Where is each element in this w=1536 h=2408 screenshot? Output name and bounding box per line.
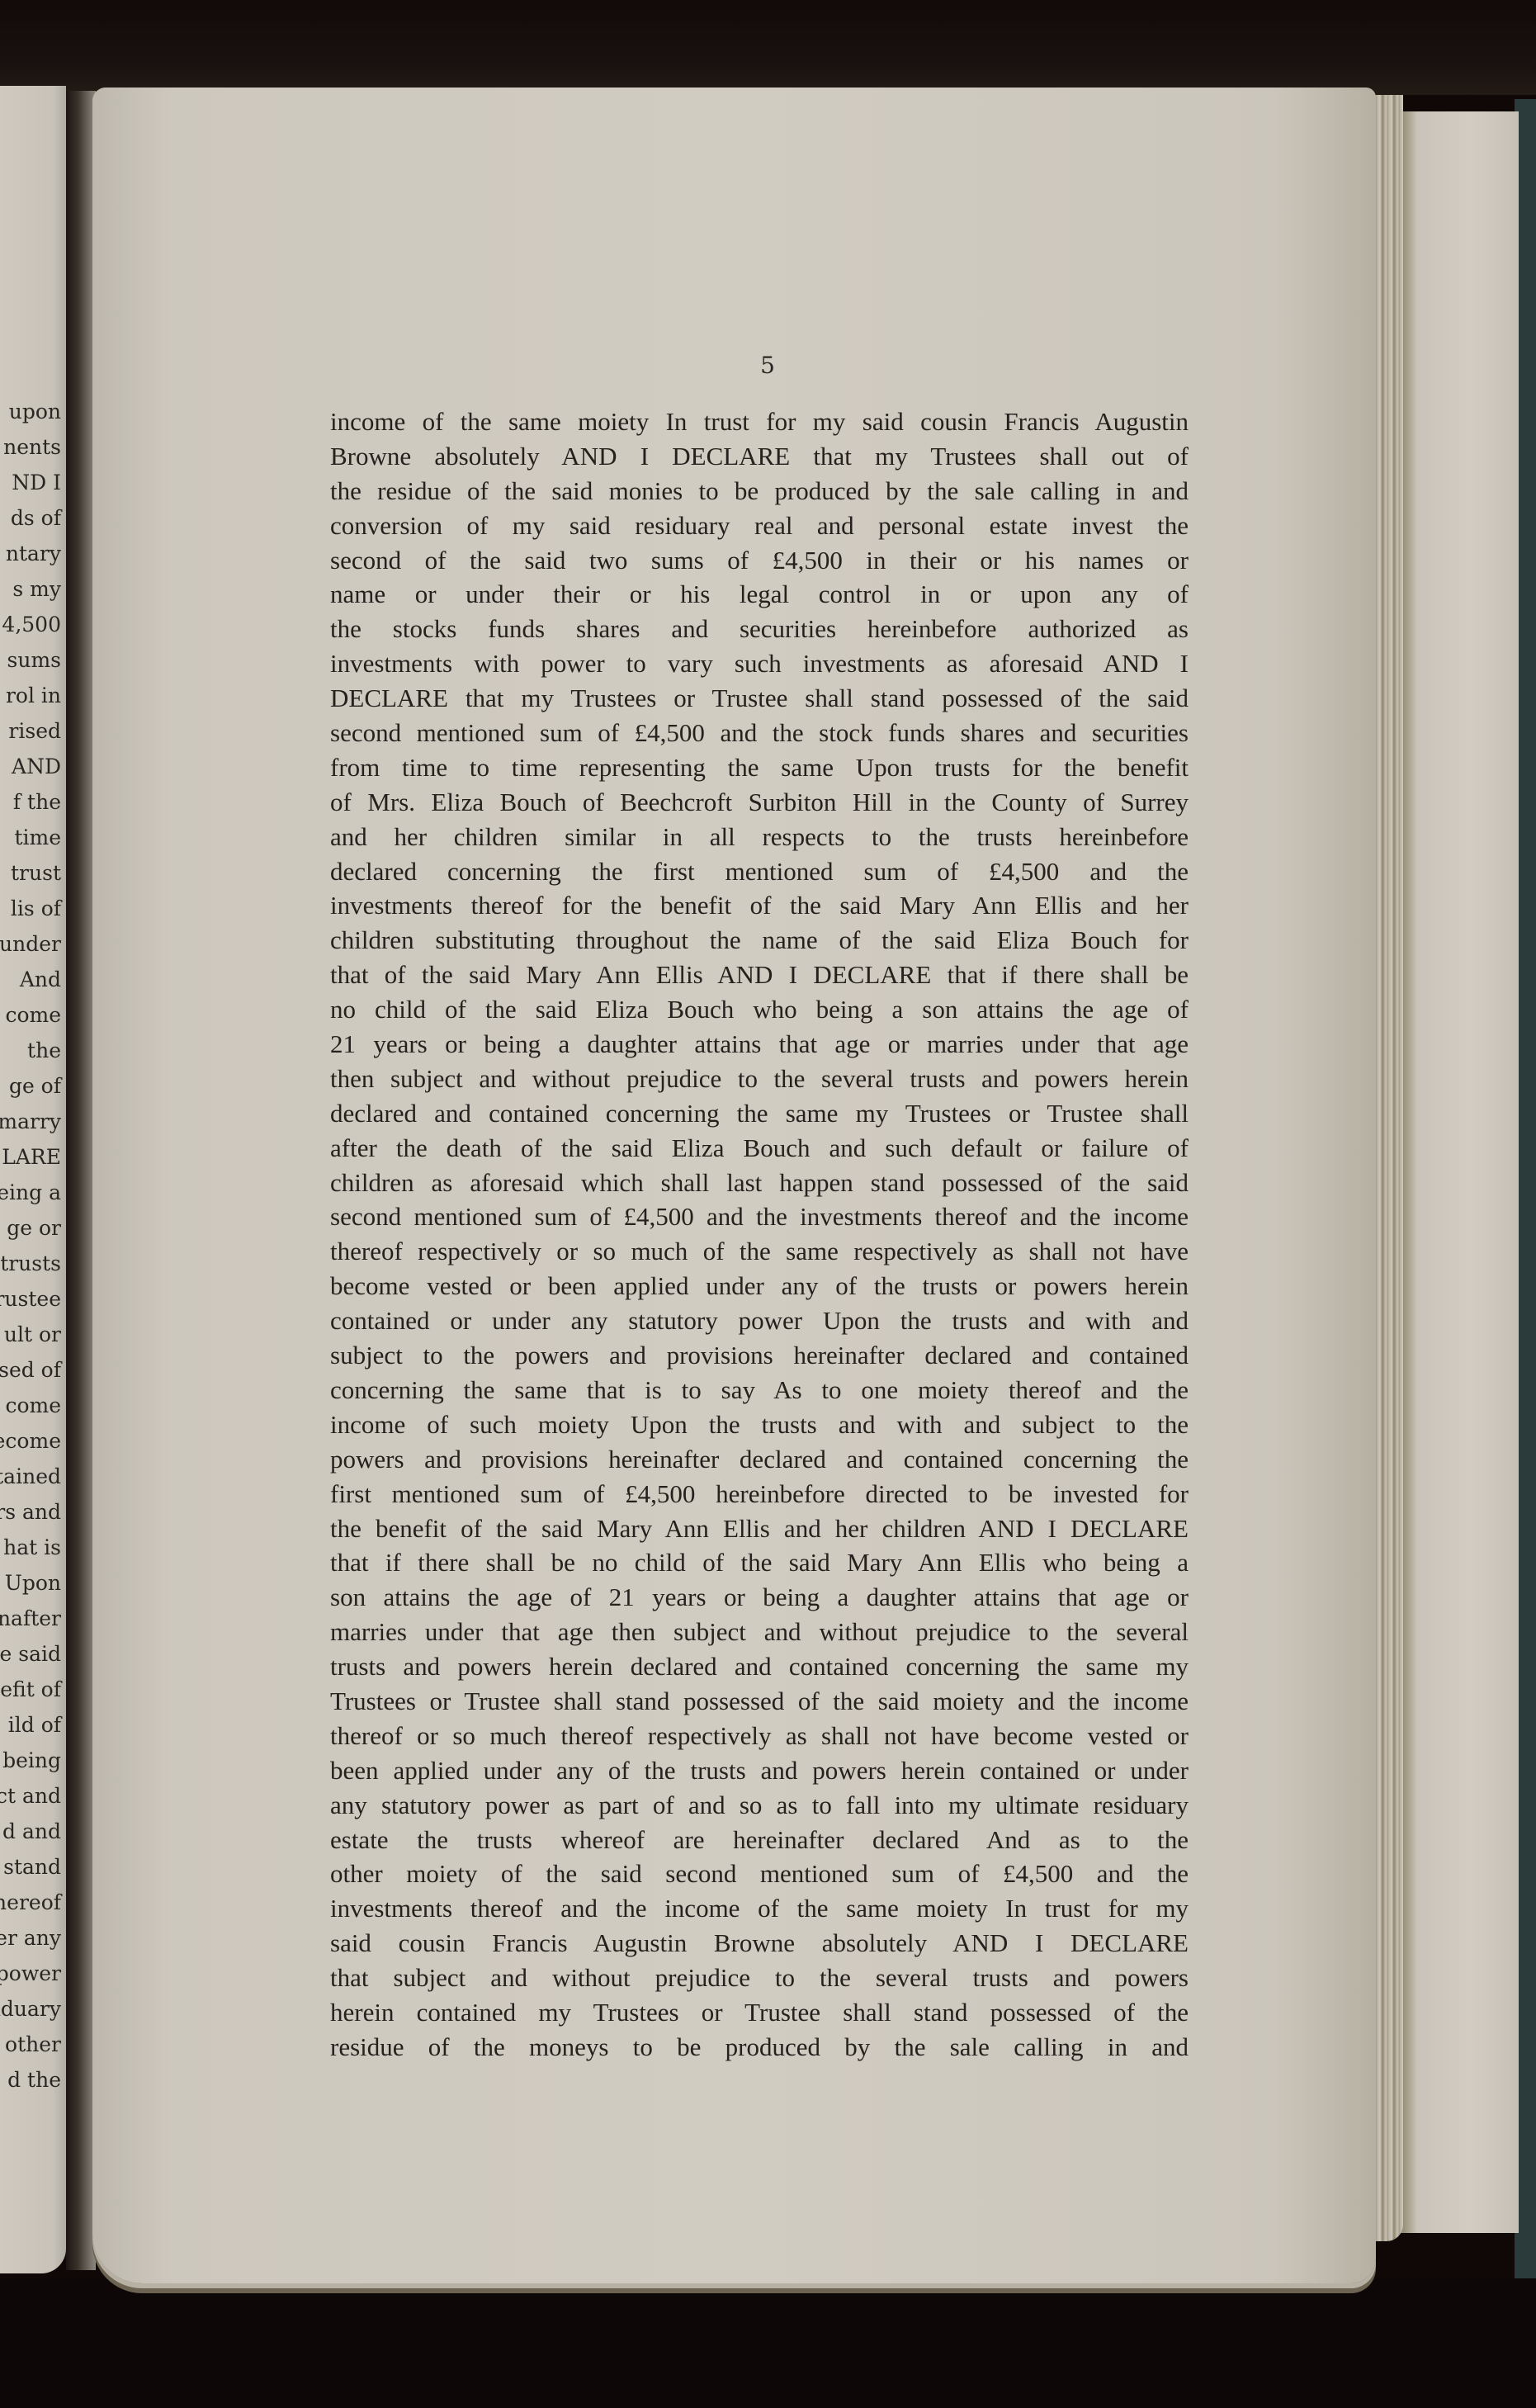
text-line-content: thereof or so much thereof respectively … bbox=[330, 1719, 1189, 1753]
text-line: concerning the same that is to say As to… bbox=[330, 1373, 1189, 1407]
text-line-content: name or under their or his legal control… bbox=[330, 577, 1189, 612]
left-page-text-fragment: s my bbox=[0, 579, 61, 599]
left-page-text-fragment: Upon bbox=[0, 1573, 61, 1593]
text-line-content: DECLARE that my Trustees or Trustee shal… bbox=[330, 681, 1189, 716]
text-line-content: second mentioned sum of £4,500 and the i… bbox=[330, 1199, 1189, 1234]
text-line-content: Browne absolutely AND I DECLARE that my … bbox=[330, 439, 1189, 474]
left-page-text-fragment: sums bbox=[0, 650, 61, 670]
left-page-text-fragment: iduary bbox=[0, 1999, 61, 2019]
left-page-text-fragment: hat is bbox=[0, 1537, 61, 1558]
text-line-content: powers and provisions hereinafter declar… bbox=[330, 1442, 1189, 1477]
left-page-text-fragment: upon bbox=[0, 401, 61, 422]
text-line-content: trusts and powers herein declared and co… bbox=[330, 1649, 1189, 1684]
text-line-content: residue of the moneys to be produced by … bbox=[330, 2030, 1189, 2065]
left-page-text-fragment: other bbox=[0, 2034, 61, 2055]
text-line-content: the benefit of the said Mary Ann Ellis a… bbox=[330, 1512, 1189, 1546]
left-page-text-fragment: rs and bbox=[0, 1502, 61, 1522]
text-line-content: said cousin Francis Augustin Browne abso… bbox=[330, 1926, 1189, 1961]
text-line: name or under their or his legal control… bbox=[330, 577, 1189, 612]
text-line-content: estate the trusts whereof are hereinafte… bbox=[330, 1823, 1189, 1857]
text-line-content: declared concerning the first mentioned … bbox=[330, 854, 1189, 889]
text-line-content: Trustees or Trustee shall stand possesse… bbox=[330, 1684, 1189, 1719]
left-page-text-fragment: trust bbox=[0, 863, 61, 883]
left-page-text-fragment: ecome bbox=[0, 1431, 61, 1451]
text-line-content: son attains the age of 21 years or being… bbox=[330, 1580, 1189, 1615]
text-line: that subject and without prejudice to th… bbox=[330, 1961, 1189, 1995]
left-page-text-fragment: stand bbox=[0, 1857, 61, 1877]
left-page-text-fragment: d the bbox=[0, 2070, 61, 2090]
left-page-text-fragment: d and bbox=[0, 1821, 61, 1842]
left-page-text-fragment: ult or bbox=[0, 1324, 61, 1345]
text-line: first mentioned sum of £4,500 hereinbefo… bbox=[330, 1477, 1189, 1512]
text-line: income of such moiety Upon the trusts an… bbox=[330, 1407, 1189, 1442]
left-page-text-fragment: rustee bbox=[0, 1289, 61, 1309]
text-line: marries under that age then subject and … bbox=[330, 1615, 1189, 1649]
left-page-text-fragment: lis of bbox=[0, 898, 61, 919]
text-line-content: 21 years or being a daughter attains tha… bbox=[330, 1027, 1189, 1062]
text-line-content: thereof respectively or so much of the s… bbox=[330, 1234, 1189, 1269]
text-line-content: become vested or been applied under any … bbox=[330, 1269, 1189, 1303]
text-line: second of the said two sums of £4,500 in… bbox=[330, 543, 1189, 578]
text-line-content: after the death of the said Eliza Bouch … bbox=[330, 1131, 1189, 1166]
text-line: the benefit of the said Mary Ann Ellis a… bbox=[330, 1512, 1189, 1546]
left-page-text-fragment: being bbox=[0, 1750, 61, 1771]
text-line: children as aforesaid which shall last h… bbox=[330, 1166, 1189, 1200]
page-number: 5 bbox=[743, 352, 792, 379]
text-line: son attains the age of 21 years or being… bbox=[330, 1580, 1189, 1615]
text-line: other moiety of the said second mentione… bbox=[330, 1857, 1189, 1891]
left-page-text-fragment: the bbox=[0, 1040, 61, 1061]
left-page-fragment: uponnentsND Ids ofntarys my4,500sumsrol … bbox=[0, 86, 66, 2273]
text-line: that of the said Mary Ann Ellis AND I DE… bbox=[330, 958, 1189, 992]
left-page-text-fragment: ct and bbox=[0, 1786, 61, 1806]
left-page-text-fragment: tained bbox=[0, 1466, 61, 1487]
left-page-text-fragment: nents bbox=[0, 437, 61, 457]
left-page-text-fragment: marry bbox=[0, 1111, 61, 1132]
text-line-content: income of the same moiety In trust for m… bbox=[330, 404, 1189, 439]
left-page-text-fragment: ds of bbox=[0, 508, 61, 528]
text-line: that if there shall be no child of the s… bbox=[330, 1545, 1189, 1580]
text-line-content: and her children similar in all respects… bbox=[330, 820, 1189, 854]
dark-background-bottom bbox=[0, 2278, 1536, 2408]
left-page-text-fragment: ND I bbox=[0, 472, 61, 493]
left-page-text-fragment: ge of bbox=[0, 1076, 61, 1096]
left-page-text-fragment: rol in bbox=[0, 685, 61, 706]
text-line: investments thereof and the income of th… bbox=[330, 1891, 1189, 1926]
text-line-content: marries under that age then subject and … bbox=[330, 1615, 1189, 1649]
text-line: subject to the powers and provisions her… bbox=[330, 1338, 1189, 1373]
text-line-content: that of the said Mary Ann Ellis AND I DE… bbox=[330, 958, 1189, 992]
text-line: become vested or been applied under any … bbox=[330, 1269, 1189, 1303]
text-line: said cousin Francis Augustin Browne abso… bbox=[330, 1926, 1189, 1961]
left-page-text-fragment: AND bbox=[0, 756, 61, 777]
text-line-content: investments with power to vary such inve… bbox=[330, 646, 1189, 681]
text-line: thereof or so much thereof respectively … bbox=[330, 1719, 1189, 1753]
text-line-content: investments thereof and the income of th… bbox=[330, 1891, 1189, 1926]
text-line-content: concerning the same that is to say As to… bbox=[330, 1373, 1189, 1407]
text-line-content: the residue of the said monies to be pro… bbox=[330, 474, 1189, 509]
text-line: DECLARE that my Trustees or Trustee shal… bbox=[330, 681, 1189, 716]
text-line: the residue of the said monies to be pro… bbox=[330, 474, 1189, 509]
text-line-content: that if there shall be no child of the s… bbox=[330, 1545, 1189, 1580]
text-line-content: income of such moiety Upon the trusts an… bbox=[330, 1407, 1189, 1442]
text-line-content: declared and contained concerning the sa… bbox=[330, 1096, 1189, 1131]
text-line-content: from time to time representing the same … bbox=[330, 750, 1189, 785]
text-line-content: herein contained my Trustees or Trustee … bbox=[330, 1995, 1189, 2030]
text-line-content: investments thereof for the benefit of t… bbox=[330, 888, 1189, 923]
text-line: and her children similar in all respects… bbox=[330, 820, 1189, 854]
text-line: children substituting throughout the nam… bbox=[330, 923, 1189, 958]
left-page-text-fragment: er any bbox=[0, 1928, 61, 1948]
left-page-text-fragment: rised bbox=[0, 721, 61, 741]
text-line-content: second mentioned sum of £4,500 and the s… bbox=[330, 716, 1189, 750]
text-line-content: been applied under any of the trusts and… bbox=[330, 1753, 1189, 1788]
text-line: investments with power to vary such inve… bbox=[330, 646, 1189, 681]
dark-background-top bbox=[0, 0, 1536, 95]
left-page-text-fragment: trusts bbox=[0, 1253, 61, 1274]
left-page-text-fragment: nafter bbox=[0, 1608, 61, 1629]
left-page-text-fragment: power bbox=[0, 1963, 61, 1984]
text-line: the stocks funds shares and securities h… bbox=[330, 612, 1189, 646]
text-line: then subject and without prejudice to th… bbox=[330, 1062, 1189, 1096]
text-line: powers and provisions hereinafter declar… bbox=[330, 1442, 1189, 1477]
text-line: conversion of my said residuary real and… bbox=[330, 509, 1189, 543]
left-page-text-fragment: hereof bbox=[0, 1892, 61, 1913]
text-line: Browne absolutely AND I DECLARE that my … bbox=[330, 439, 1189, 474]
left-page-text-fragment: efit of bbox=[0, 1679, 61, 1700]
left-page-text-fragment: eing a bbox=[0, 1182, 61, 1203]
text-line-content: subject to the powers and provisions her… bbox=[330, 1338, 1189, 1373]
text-line: from time to time representing the same … bbox=[330, 750, 1189, 785]
text-line: herein contained my Trustees or Trustee … bbox=[330, 1995, 1189, 2030]
left-page-text-fragment: ntary bbox=[0, 543, 61, 564]
left-page-text-fragment: time bbox=[0, 827, 61, 848]
text-line-content: children substituting throughout the nam… bbox=[330, 923, 1189, 958]
left-page-text-fragment: LARE bbox=[0, 1147, 61, 1167]
text-line: second mentioned sum of £4,500 and the i… bbox=[330, 1199, 1189, 1234]
left-page-text-fragment: ild of bbox=[0, 1715, 61, 1735]
text-line: thereof respectively or so much of the s… bbox=[330, 1234, 1189, 1269]
body-text: income of the same moiety In trust for m… bbox=[330, 404, 1189, 2065]
book-gutter bbox=[66, 91, 96, 2270]
text-line-content: first mentioned sum of £4,500 hereinbefo… bbox=[330, 1477, 1189, 1512]
text-line: of Mrs. Eliza Bouch of Beechcroft Surbit… bbox=[330, 785, 1189, 820]
text-line-content: no child of the said Eliza Bouch who bei… bbox=[330, 992, 1189, 1027]
text-line: any statutory power as part of and so as… bbox=[330, 1788, 1189, 1823]
text-line: second mentioned sum of £4,500 and the s… bbox=[330, 716, 1189, 750]
text-line-content: that subject and without prejudice to th… bbox=[330, 1961, 1189, 1995]
text-line: Trustees or Trustee shall stand possesse… bbox=[330, 1684, 1189, 1719]
left-page-text-fragment: And bbox=[0, 969, 61, 990]
left-page-text-fragment: sed of bbox=[0, 1360, 61, 1380]
text-line-content: other moiety of the said second mentione… bbox=[330, 1857, 1189, 1891]
left-page-text-fragment: f the bbox=[0, 792, 61, 812]
left-page-text-fragment: e said bbox=[0, 1644, 61, 1664]
text-line: contained or under any statutory power U… bbox=[330, 1303, 1189, 1338]
text-line: 21 years or being a daughter attains tha… bbox=[330, 1027, 1189, 1062]
text-line-content: children as aforesaid which shall last h… bbox=[330, 1166, 1189, 1200]
text-line-content: the stocks funds shares and securities h… bbox=[330, 612, 1189, 646]
left-page-text-fragment: come bbox=[0, 1395, 61, 1416]
text-line: residue of the moneys to be produced by … bbox=[330, 2030, 1189, 2065]
text-line-content: conversion of my said residuary real and… bbox=[330, 509, 1189, 543]
left-page-text-fragment: under bbox=[0, 934, 61, 954]
text-line: trusts and powers herein declared and co… bbox=[330, 1649, 1189, 1684]
text-line: investments thereof for the benefit of t… bbox=[330, 888, 1189, 923]
text-line: been applied under any of the trusts and… bbox=[330, 1753, 1189, 1788]
text-line-content: of Mrs. Eliza Bouch of Beechcroft Surbit… bbox=[330, 785, 1189, 820]
text-line-content: any statutory power as part of and so as… bbox=[330, 1788, 1189, 1823]
left-page-text-fragment: 4,500 bbox=[0, 614, 61, 635]
back-sheet bbox=[1395, 111, 1519, 2233]
text-line-content: then subject and without prejudice to th… bbox=[330, 1062, 1189, 1096]
text-line: declared concerning the first mentioned … bbox=[330, 854, 1189, 889]
text-line: income of the same moiety In trust for m… bbox=[330, 404, 1189, 439]
text-line-content: contained or under any statutory power U… bbox=[330, 1303, 1189, 1338]
left-page-text-fragment: come bbox=[0, 1005, 61, 1025]
text-line-content: second of the said two sums of £4,500 in… bbox=[330, 543, 1189, 578]
text-line: after the death of the said Eliza Bouch … bbox=[330, 1131, 1189, 1166]
text-line: no child of the said Eliza Bouch who bei… bbox=[330, 992, 1189, 1027]
left-page-text-fragment: ge or bbox=[0, 1218, 61, 1238]
text-line: estate the trusts whereof are hereinafte… bbox=[330, 1823, 1189, 1857]
text-line: declared and contained concerning the sa… bbox=[330, 1096, 1189, 1131]
